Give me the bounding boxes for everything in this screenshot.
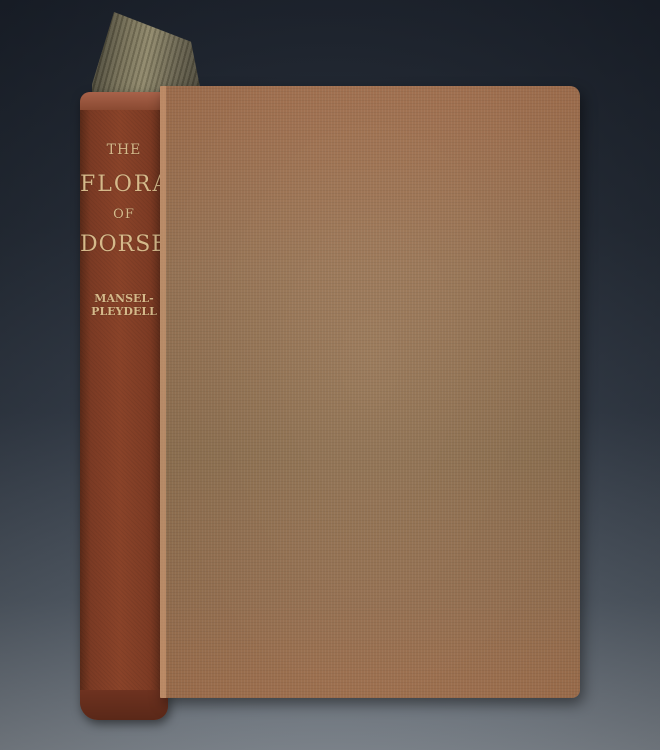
book-front-cover: [160, 86, 580, 698]
spine-tailcap: [80, 690, 168, 720]
spine-author: MANSEL-PLEYDELL: [80, 292, 168, 318]
spine-headcap: [80, 92, 168, 110]
spine-title-the: THE: [80, 142, 168, 158]
spine-title-flora: FLORA: [80, 172, 168, 197]
cover-hinge: [160, 86, 166, 698]
spine-title-dorset: DORSET: [80, 232, 168, 257]
spine-title-of: OF: [80, 207, 168, 222]
